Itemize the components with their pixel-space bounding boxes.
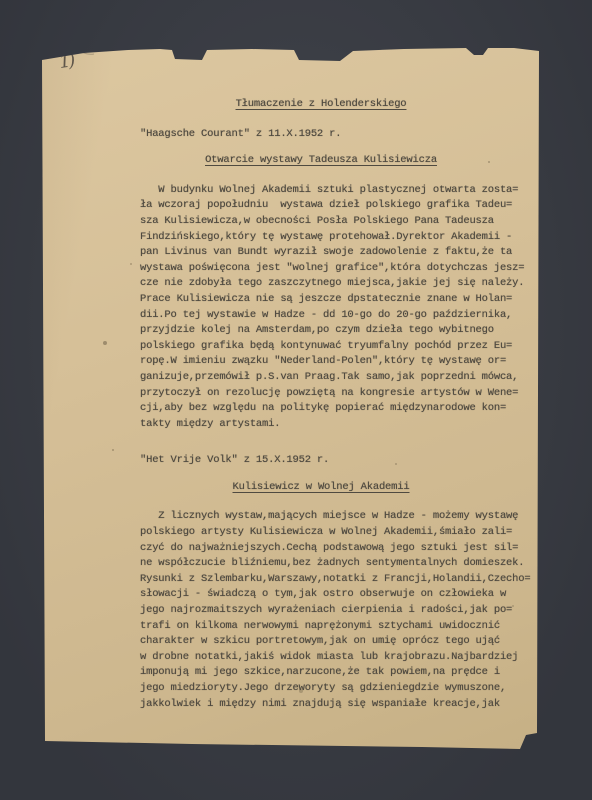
- article-heading: Otwarcie wystawy Tadeusza Kulisiewicza: [126, 153, 516, 169]
- document-title: Tłumaczenie z Holenderskiego: [126, 97, 516, 113]
- article-body: W budynku Wolnej Akademii sztuki plastyc…: [140, 183, 530, 433]
- article-het-vrije-volk: "Het Vrije Volk" z 15.X.1952 r. Kulisiew…: [140, 453, 530, 712]
- article-heading: Kulisiewicz w Wolnej Akademii: [126, 480, 516, 496]
- page-content: Tłumaczenie z Holenderskiego "Haagsche C…: [42, 45, 540, 712]
- source-citation: "Het Vrije Volk" z 15.X.1952 r.: [140, 453, 530, 469]
- paper-specks: [42, 45, 44, 47]
- source-citation: "Haagsche Courant" z 11.X.1952 r.: [140, 127, 530, 143]
- article-body: Z licznych wystaw,mających miejsce w Had…: [140, 509, 530, 712]
- article-haagsche-courant: "Haagsche Courant" z 11.X.1952 r. Otwarc…: [140, 127, 530, 433]
- photo-backdrop: 1) Tłumaczenie z Holenderskiego "Haagsch…: [0, 0, 592, 800]
- typewritten-page: 1) Tłumaczenie z Holenderskiego "Haagsch…: [42, 45, 540, 750]
